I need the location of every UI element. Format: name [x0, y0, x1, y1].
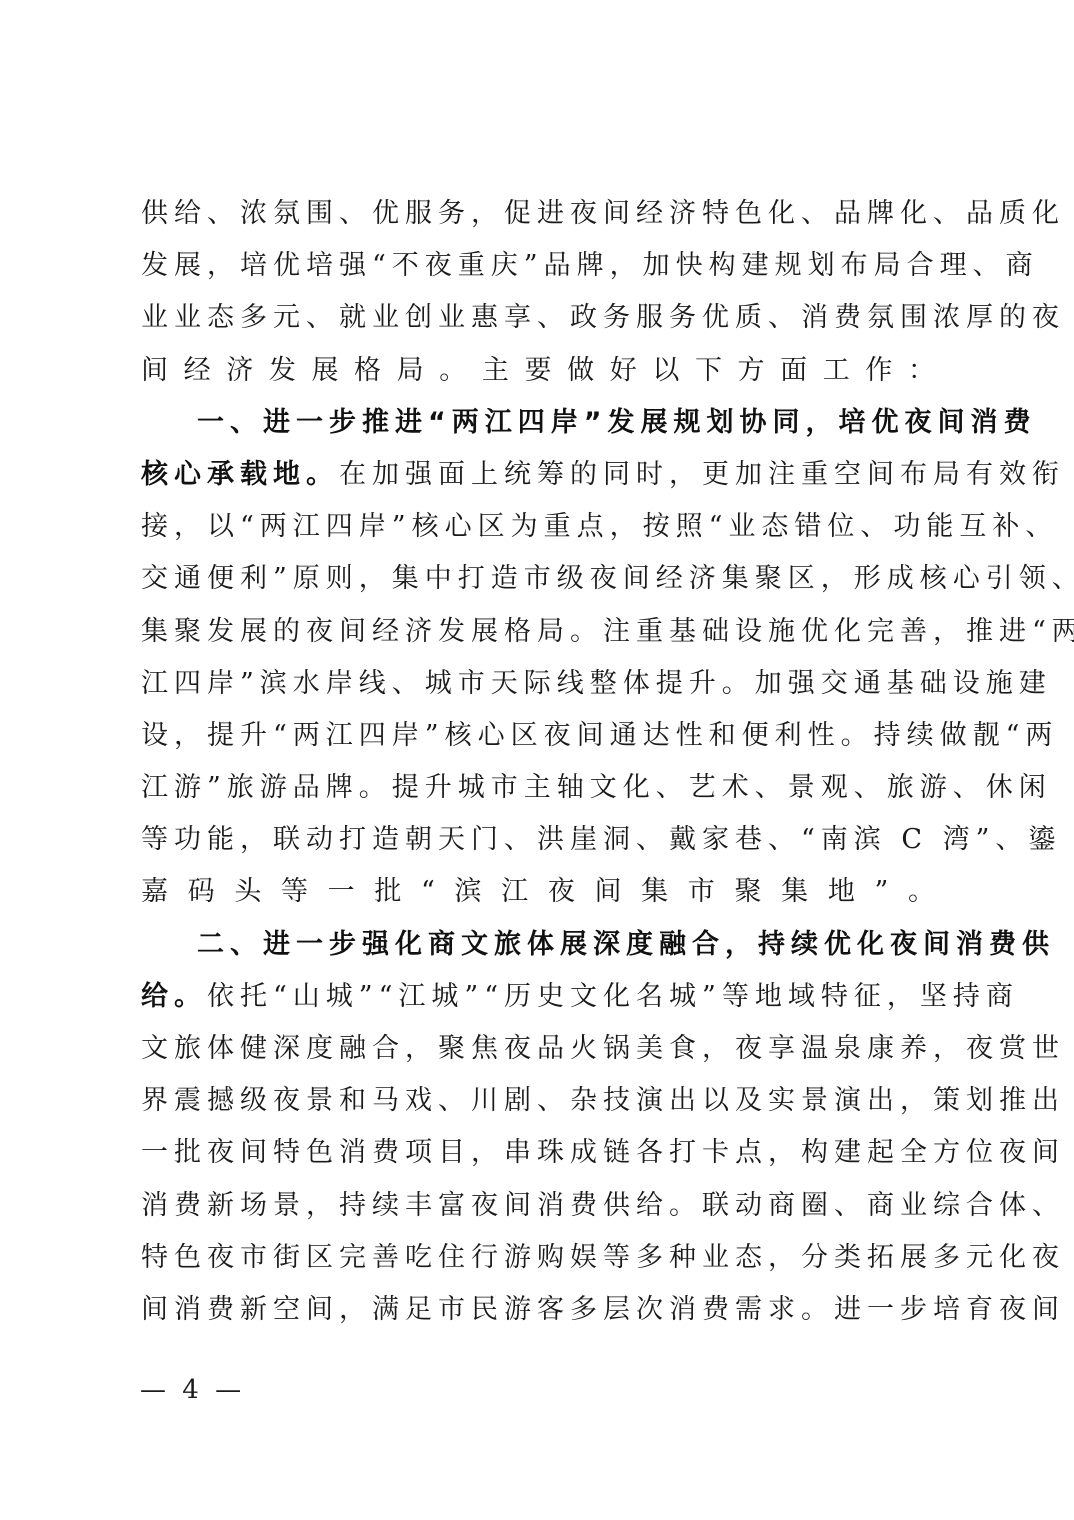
line-text: 等功能，联动打造朝天门、洪崖洞、戴家巷、“南滨 C 湾”、鎏 — [141, 814, 941, 866]
line-text: 江游”旅游品牌。提升城市主轴文化、艺术、景观、旅游、休闲 — [141, 762, 941, 814]
text-line: 间消费新空间，满足市民游客多层次消费需求。进一步培育夜间 — [141, 1284, 941, 1336]
line-text: 设，提升“两江四岸”核心区夜间通达性和便利性。持续做靓“两 — [141, 710, 941, 762]
text-line: 供给、浓氛围、优服务，促进夜间经济特色化、品牌化、品质化 — [141, 188, 941, 240]
line-text: 间消费新空间，满足市民游客多层次消费需求。进一步培育夜间 — [141, 1284, 941, 1336]
text-line: 接，以“两江四岸”核心区为重点，按照“业态错位、功能互补、 — [141, 501, 941, 553]
text-line: 给。依托“山城”“江城”“历史文化名城”等地域特征，坚持商 — [141, 971, 941, 1023]
text-line: 一批夜间特色消费项目，串珠成链各打卡点，构建起全方位夜间 — [141, 1127, 941, 1179]
line-text: 业业态多元、就业创业惠享、政务服务优质、消费氛围浓厚的夜 — [141, 292, 941, 344]
text-line: 间经济发展格局。主要做好以下方面工作： — [141, 345, 941, 397]
line-text: 特色夜市街区完善吃住行游购娱等多种业态，分类拓展多元化夜 — [141, 1232, 941, 1284]
text-line: 等功能，联动打造朝天门、洪崖洞、戴家巷、“南滨 C 湾”、鎏 — [141, 814, 941, 866]
line-text: 间经济发展格局。主要做好以下方面工作： — [141, 345, 941, 397]
document-page: 供给、浓氛围、优服务，促进夜间经济特色化、品牌化、品质化 发展，培优培强“不夜重… — [0, 0, 1074, 1520]
line-text: 接，以“两江四岸”核心区为重点，按照“业态错位、功能互补、 — [141, 501, 941, 553]
text-line: 特色夜市街区完善吃住行游购娱等多种业态，分类拓展多元化夜 — [141, 1232, 941, 1284]
section-heading-tail: 给。 — [141, 981, 207, 1012]
line-text: 文旅体健深度融合，聚焦夜品火锅美食，夜享温泉康养，夜赏世 — [141, 1023, 941, 1075]
line-text: 江四岸”滨水岸线、城市天际线整体提升。加强交通基础设施建 — [141, 658, 941, 710]
line-text: 嘉码头等一批“滨江夜间集市聚集地”。 — [141, 866, 941, 918]
page-number: — 4 — — [140, 1370, 245, 1410]
text-line: 设，提升“两江四岸”核心区夜间通达性和便利性。持续做靓“两 — [141, 710, 941, 762]
text-line: 核心承载地。在加强面上统筹的同时，更加注重空间布局有效衔 — [141, 449, 941, 501]
text-line: 消费新场景，持续丰富夜间消费供给。联动商圈、商业综合体、 — [141, 1180, 941, 1232]
line-text: 消费新场景，持续丰富夜间消费供给。联动商圈、商业综合体、 — [141, 1180, 941, 1232]
section-heading-line: 一、进一步推进“两江四岸”发展规划协同，培优夜间消费 — [141, 397, 941, 449]
line-text: 供给、浓氛围、优服务，促进夜间经济特色化、品牌化、品质化 — [141, 188, 941, 240]
line-text: 交通便利”原则，集中打造市级夜间经济集聚区，形成核心引领、 — [141, 553, 941, 605]
text-line: 业业态多元、就业创业惠享、政务服务优质、消费氛围浓厚的夜 — [141, 292, 941, 344]
section-heading: 二、进一步强化商文旅体展深度融合，持续优化夜间消费供 — [197, 919, 941, 971]
text-line: 交通便利”原则，集中打造市级夜间经济集聚区，形成核心引领、 — [141, 553, 941, 605]
line-text: 界震撼级夜景和马戏、川剧、杂技演出以及实景演出，策划推出 — [141, 1075, 941, 1127]
text-line: 集聚发展的夜间经济发展格局。注重基础设施优化完善，推进“两 — [141, 606, 941, 658]
line-text: 集聚发展的夜间经济发展格局。注重基础设施优化完善，推进“两 — [141, 606, 941, 658]
line-text: 一批夜间特色消费项目，串珠成链各打卡点，构建起全方位夜间 — [141, 1127, 941, 1179]
section-heading: 一、进一步推进“两江四岸”发展规划协同，培优夜间消费 — [197, 397, 941, 449]
text-line: 嘉码头等一批“滨江夜间集市聚集地”。 — [141, 866, 941, 918]
line-text: 在加强面上统筹的同时，更加注重空间布局有效衔 — [339, 459, 1065, 490]
section-heading-tail: 核心承载地。 — [141, 459, 339, 490]
section-heading-line: 二、进一步强化商文旅体展深度融合，持续优化夜间消费供 — [141, 919, 941, 971]
text-line: 江四岸”滨水岸线、城市天际线整体提升。加强交通基础设施建 — [141, 658, 941, 710]
text-line: 文旅体健深度融合，聚焦夜品火锅美食，夜享温泉康养，夜赏世 — [141, 1023, 941, 1075]
text-line: 发展，培优培强“不夜重庆”品牌，加快构建规划布局合理、商 — [141, 240, 941, 292]
line-text: 发展，培优培强“不夜重庆”品牌，加快构建规划布局合理、商 — [141, 240, 941, 292]
text-line: 江游”旅游品牌。提升城市主轴文化、艺术、景观、旅游、休闲 — [141, 762, 941, 814]
text-line: 界震撼级夜景和马戏、川剧、杂技演出以及实景演出，策划推出 — [141, 1075, 941, 1127]
line-text: 依托“山城”“江城”“历史文化名城”等地域特征，坚持商 — [207, 981, 1019, 1012]
body-text: 供给、浓氛围、优服务，促进夜间经济特色化、品牌化、品质化 发展，培优培强“不夜重… — [141, 188, 941, 1336]
